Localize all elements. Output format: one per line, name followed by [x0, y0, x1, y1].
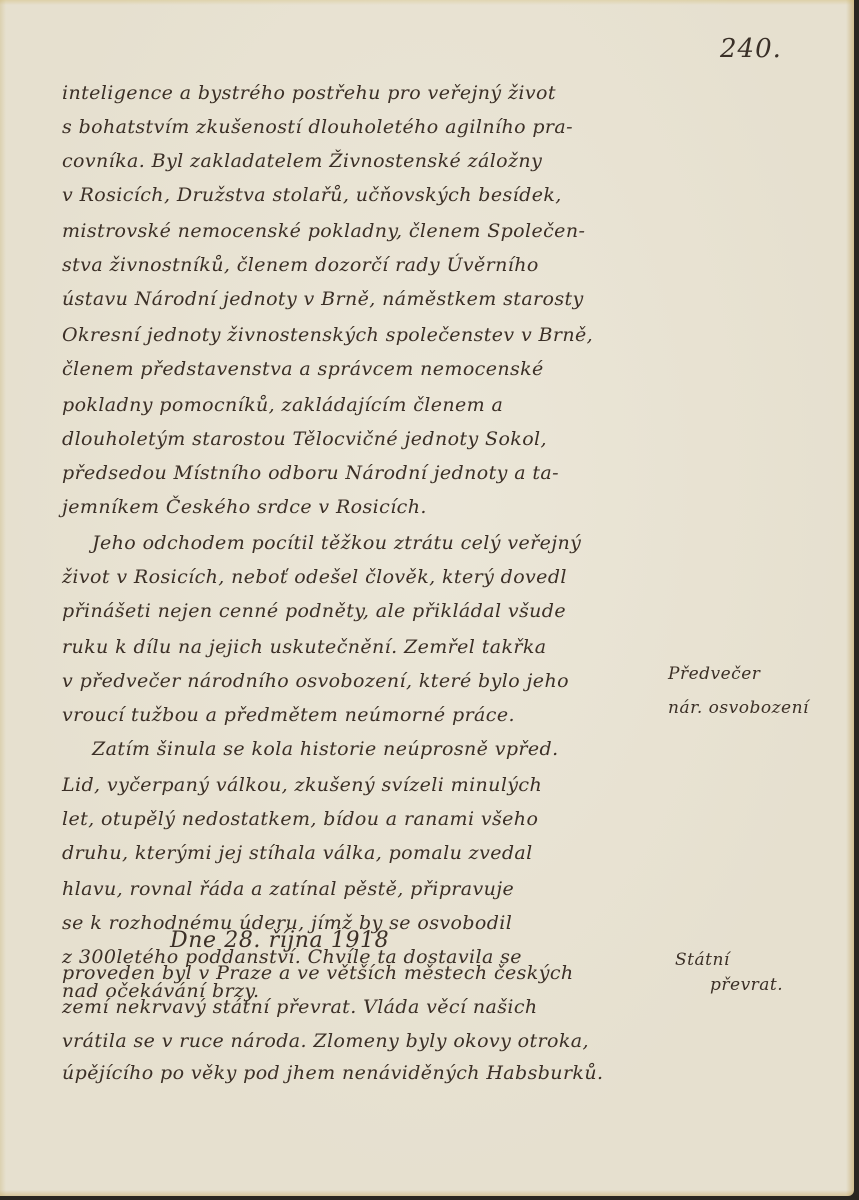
text-line: hlavu, rovnal řáda a zatínal pěstě, přip… — [62, 878, 514, 900]
page-number: 240. — [720, 34, 782, 64]
text-line: vroucí tužbou a předmětem neúmorné práce… — [62, 704, 515, 726]
text-line: inteligence a bystrého postřehu pro veře… — [62, 82, 556, 104]
text-line: proveden byl v Praze a ve větších městec… — [62, 962, 574, 984]
margin-note-subtitle: převrat. — [710, 975, 783, 995]
text-line: ústavu Národní jednoty v Brně, náměstkem… — [62, 288, 584, 310]
text-line: členem představenstva a správcem nemocen… — [62, 358, 544, 380]
manuscript-page: 240. inteligence a bystrého postřehu pro… — [0, 0, 854, 1196]
text-line: dlouholetým starostou Tělocvičné jednoty… — [62, 428, 547, 450]
text-line: covníka. Byl zakladatelem Živnostenské z… — [62, 150, 542, 172]
text-line: mistrovské nemocenské pokladny, členem S… — [62, 220, 585, 242]
date-heading: Dne 28. října 1918 — [170, 928, 389, 953]
text-line: přinášeti nejen cenné podněty, ale přikl… — [62, 600, 566, 622]
margin-note-subtitle: nár. osvobození — [668, 698, 809, 718]
text-line: v předvečer národního osvobození, které … — [62, 670, 569, 692]
text-line: život v Rosicích, neboť odešel člověk, k… — [62, 566, 567, 588]
text-line: úpějícího po věky pod jhem nenáviděných … — [62, 1062, 603, 1084]
text-line: stva živnostníků, členem dozorčí rady Úv… — [62, 254, 539, 276]
text-line: Okresní jednoty živnostenských společens… — [62, 324, 593, 346]
text-line: Jeho odchodem pocítil těžkou ztrátu celý… — [92, 532, 581, 554]
text-line: Lid, vyčerpaný válkou, zkušený svízeli m… — [62, 774, 542, 796]
text-line: vrátila se v ruce národa. Zlomeny byly o… — [62, 1030, 589, 1052]
text-line: Zatím šinula se kola historie neúprosně … — [92, 738, 559, 760]
text-line: let, otupělý nedostatkem, bídou a ranami… — [62, 808, 538, 830]
text-line: druhu, kterými jej stíhala válka, pomalu… — [62, 842, 533, 864]
text-line: ruku k dílu na jejich uskutečnění. Zemře… — [62, 636, 547, 658]
margin-note-title: Státní — [675, 950, 730, 970]
text-line: s bohatstvím zkušeností dlouholetého agi… — [62, 116, 573, 138]
text-line: předsedou Místního odboru Národní jednot… — [62, 462, 559, 484]
margin-note-title: Předvečer — [668, 664, 760, 684]
text-line: v Rosicích, Družstva stolařů, učňovských… — [62, 184, 562, 206]
text-line: jemníkem Českého srdce v Rosicích. — [62, 496, 427, 518]
text-line: pokladny pomocníků, zakládajícím členem … — [62, 394, 503, 416]
text-line: zemí nekrvavý státní převrat. Vláda věcí… — [62, 996, 538, 1018]
